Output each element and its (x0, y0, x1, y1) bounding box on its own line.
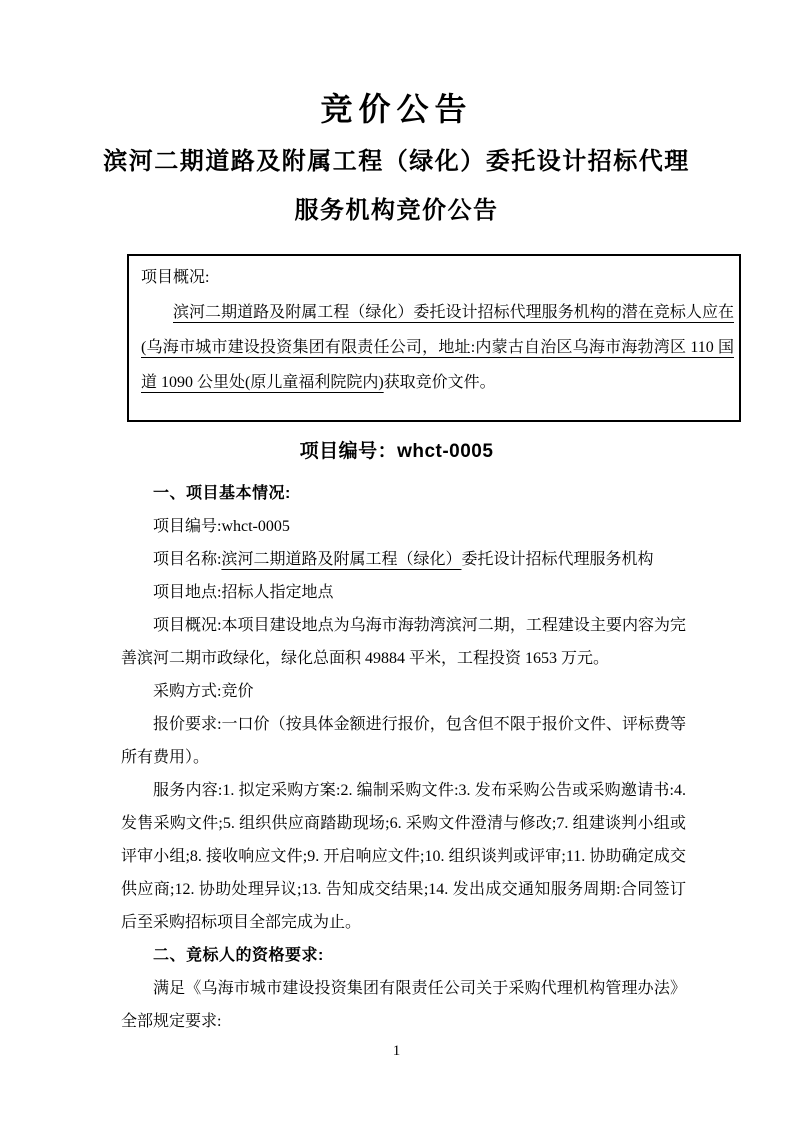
service-content-paragraph: 服务内容:1. 拟定采购方案:2. 编制采购文件:3. 发布采购公告或采购邀请书… (121, 774, 686, 939)
document-subtitle-line1: 滨河二期道路及附属工程（绿化）委托设计招标代理 (0, 137, 793, 186)
project-overview-paragraph: 项目概况:本项目建设地点为乌海市海勃湾滨河二期，工程建设主要内容为完善滨河二期市… (121, 609, 686, 675)
project-name-label: 项目名称: (153, 551, 221, 568)
procurement-method-line: 采购方式:竞价 (121, 675, 686, 708)
project-overview-box: 项目概况: 滨河二期道路及附属工程（绿化）委托设计招标代理服务机构的潜在竞标人应… (127, 254, 741, 422)
project-name-rest: 委托设计招标代理服务机构 (461, 551, 653, 568)
overview-box-plain-text: 获取竞价文件。 (384, 374, 496, 391)
project-name-underlined: 滨河二期道路及附属工程（绿化） (221, 551, 461, 568)
project-location-line: 项目地点:招标人指定地点 (121, 576, 686, 609)
document-page: 竞价公告 滨河二期道路及附属工程（绿化）委托设计招标代理 服务机构竞价公告 项目… (0, 0, 793, 1122)
section2-heading: 二、竟标人的资格要求: (121, 939, 686, 972)
document-body: 一、项目基本情况: 项目编号:whct-0005 项目名称:滨河二期道路及附属工… (121, 477, 686, 1038)
project-number-line: 项目编号:whct-0005 (121, 510, 686, 543)
qualification-paragraph: 满足《乌海市城市建设投资集团有限责任公司关于采购代理机构管理办法》全部规定要求: (121, 972, 686, 1038)
page-number: 1 (0, 1043, 793, 1060)
document-subtitle-line2: 服务机构竞价公告 (0, 186, 793, 235)
project-number-heading: 项目编号：whct-0005 (0, 422, 793, 467)
section1-heading: 一、项目基本情况: (121, 477, 686, 510)
overview-box-paragraph: 滨河二期道路及附属工程（绿化）委托设计招标代理服务机构的潜在竞标人应在(乌海市城… (141, 295, 734, 400)
overview-box-label: 项目概况: (141, 261, 734, 295)
quote-requirement-paragraph: 报价要求:一口价（按具体金额进行报价，包含但不限于报价文件、评标费等所有费用）。 (121, 708, 686, 774)
document-title: 竞价公告 (0, 0, 793, 130)
project-name-line: 项目名称:滨河二期道路及附属工程（绿化）委托设计招标代理服务机构 (121, 543, 686, 576)
